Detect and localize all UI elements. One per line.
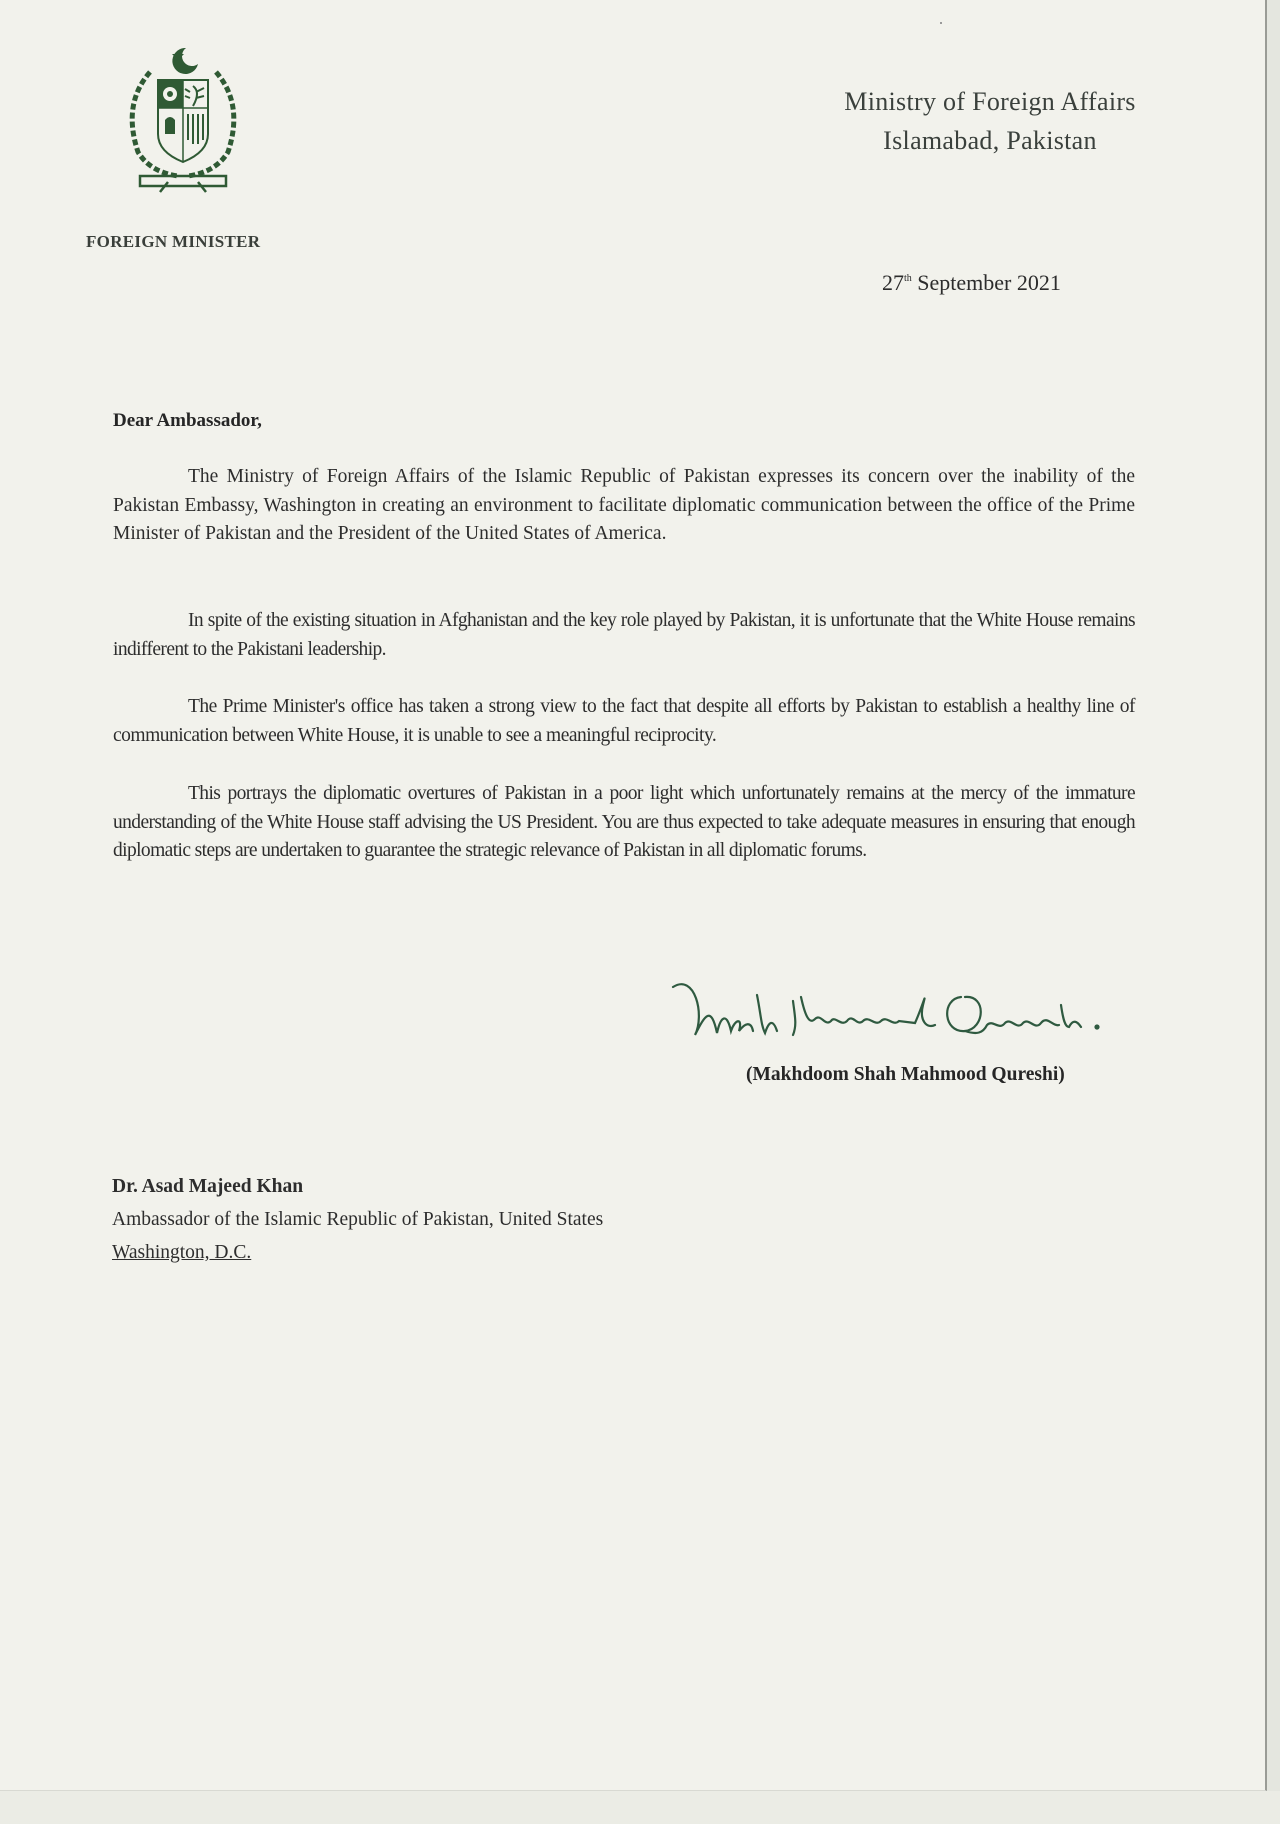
recipient-title: Ambassador of the Islamic Republic of Pa… [112,1203,603,1236]
pakistan-state-emblem-icon [108,44,258,194]
recipient-block: Dr. Asad Majeed Khan Ambassador of the I… [112,1170,603,1269]
body-paragraph: The Ministry of Foreign Affairs of the I… [113,463,1135,549]
office-label: FOREIGN MINISTER [86,232,260,252]
body-paragraph: In spite of the existing situation in Af… [113,607,1135,664]
letter-date: 27th September 2021 [882,270,1061,296]
signer-name: (Makhdoom Shah Mahmood Qureshi) [746,1064,1065,1086]
body-paragraph: This portrays the diplomatic overtures o… [113,780,1135,866]
salutation: Dear Ambassador, [113,410,262,432]
body-paragraph: The Prime Minister's office has taken a … [113,693,1135,750]
page-bottom-edge [0,1791,1280,1824]
date-day: 27 [882,270,904,295]
speck [940,22,942,24]
recipient-name: Dr. Asad Majeed Khan [112,1170,603,1203]
date-month-year: September 2021 [917,270,1061,295]
ministry-name: Ministry of Foreign Affairs [800,82,1180,121]
ministry-location: Islamabad, Pakistan [800,121,1180,160]
recipient-city: Washington, D.C. [112,1236,603,1269]
ministry-address: Ministry of Foreign Affairs Islamabad, P… [800,82,1180,160]
page-edge [1267,0,1280,1824]
date-suffix: th [904,273,912,284]
handwritten-signature-icon [665,975,1185,1065]
letter-page [0,0,1267,1791]
